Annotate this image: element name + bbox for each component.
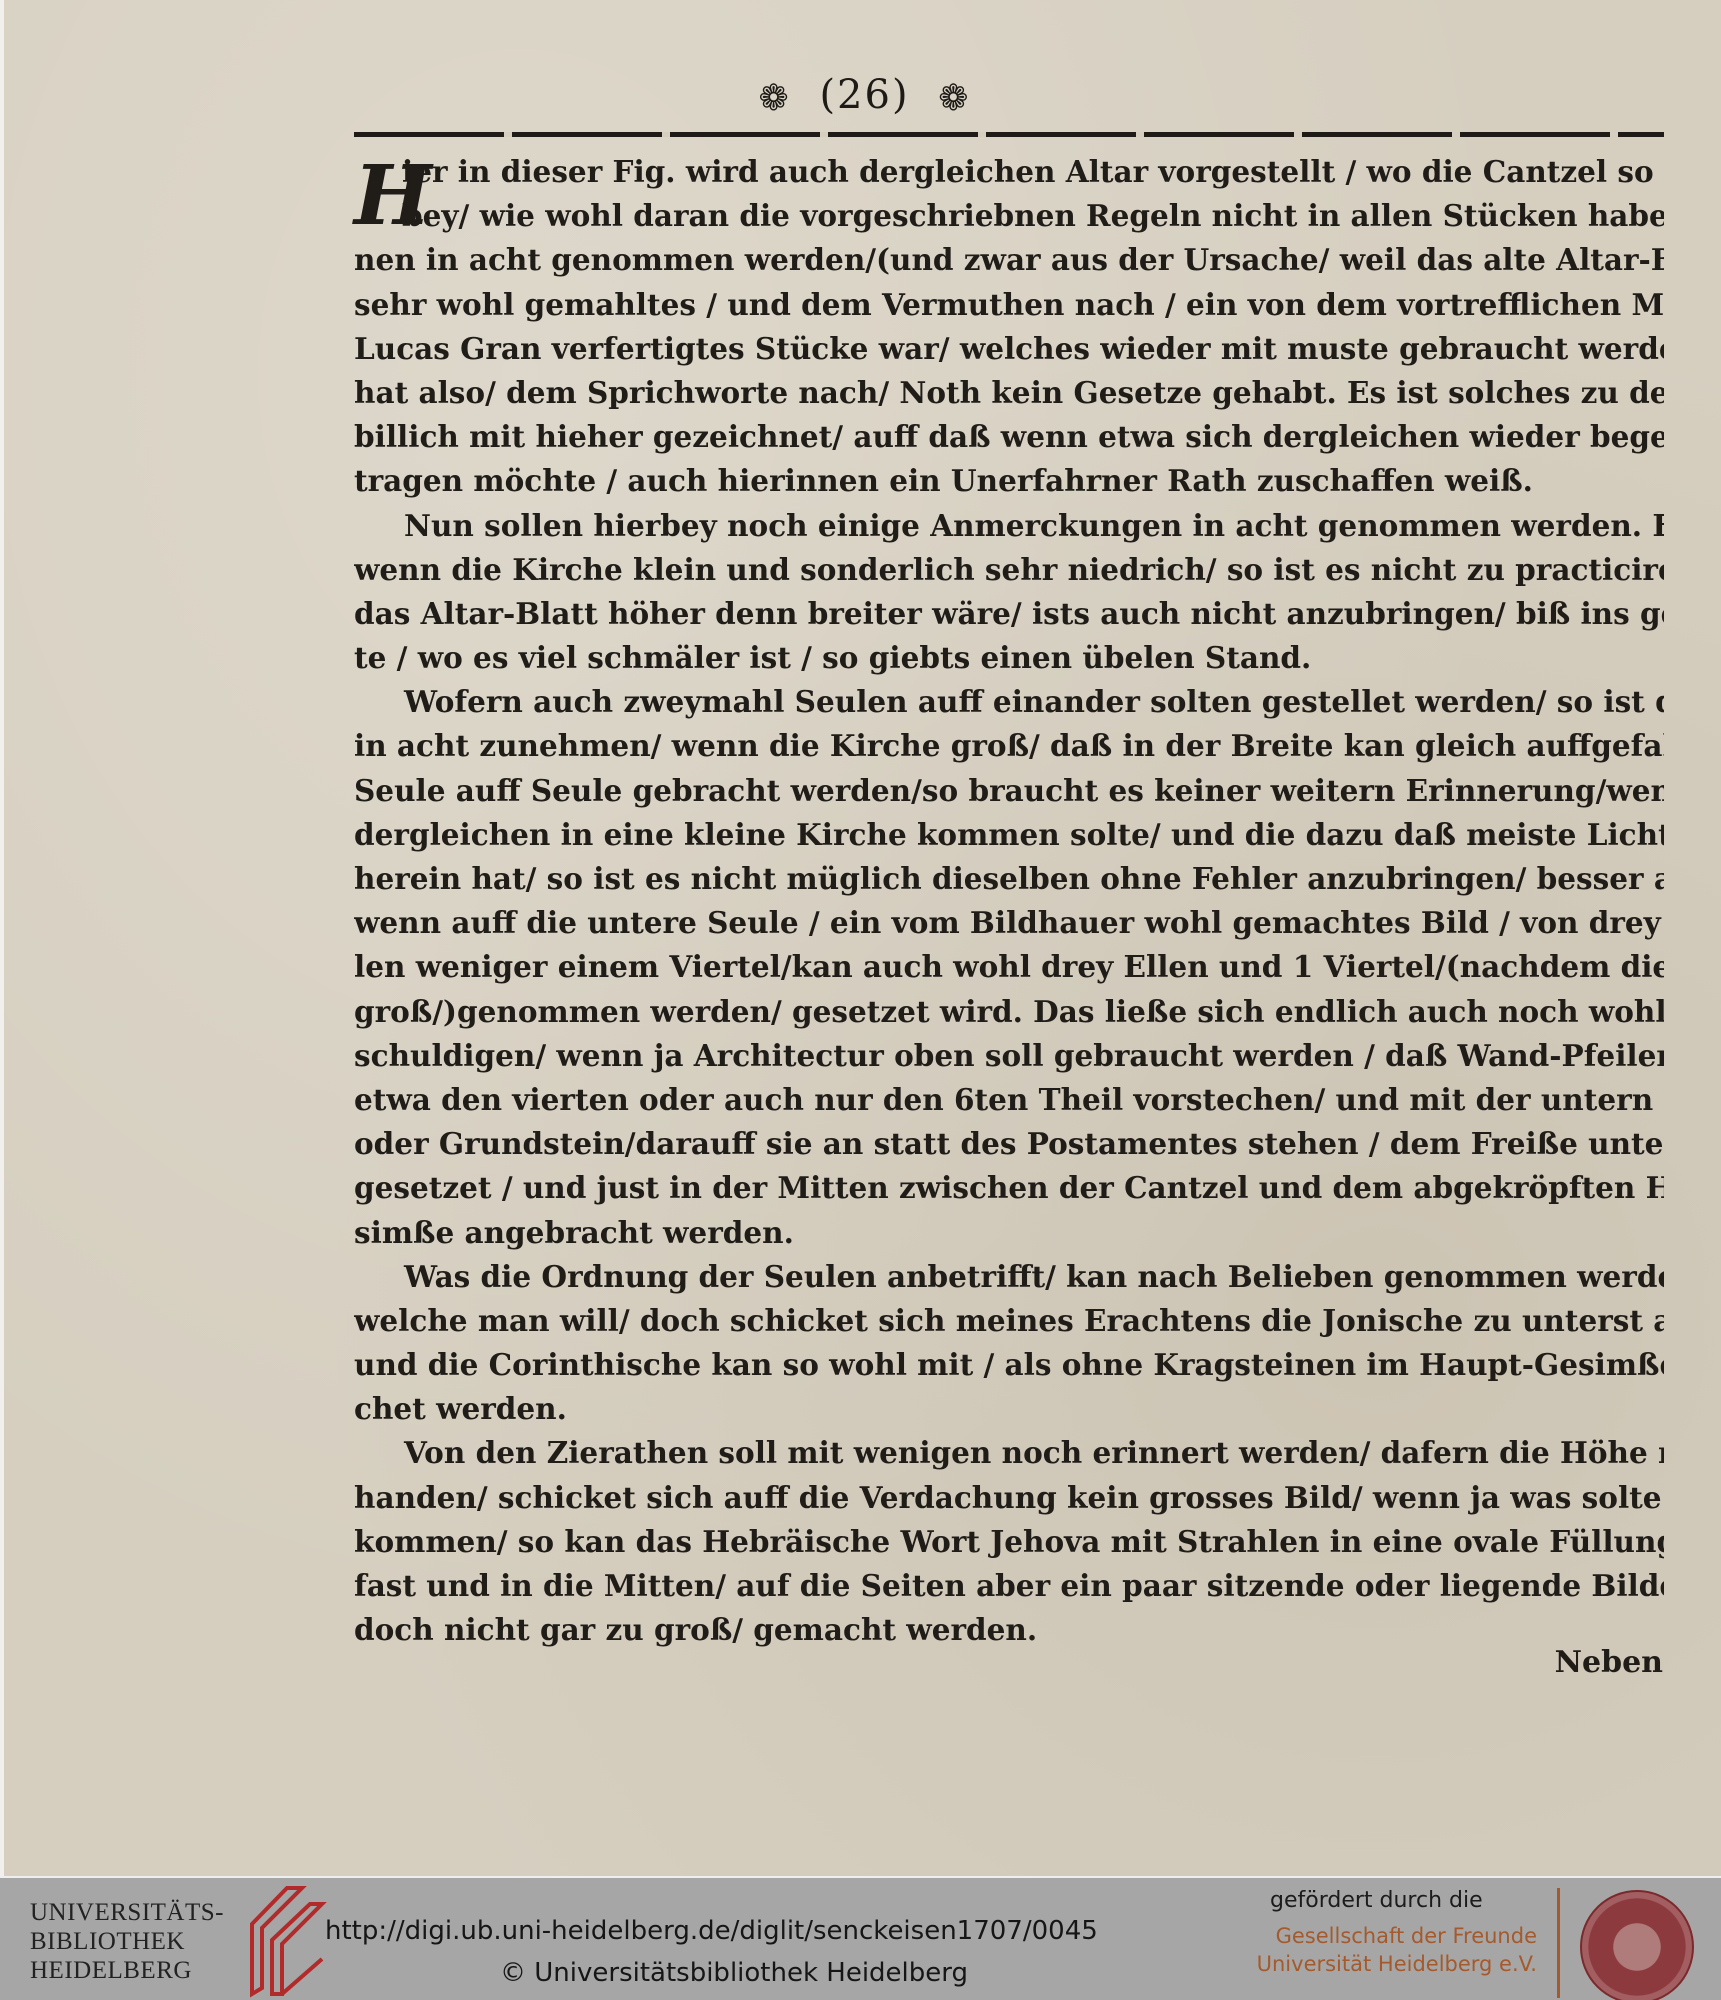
text-line: simße angebracht werden. [354, 1211, 1664, 1255]
text-line: len weniger einem Viertel/kan auch wohl … [354, 945, 1664, 989]
text-line: nen in acht genommen werden/(und zwar au… [354, 238, 1664, 282]
text-line: ier in dieser Fig. wird auch dergleichen… [354, 150, 1664, 194]
text-line: hat also/ dem Sprichworte nach/ Noth kei… [354, 371, 1664, 415]
text-line: oder Grundstein/darauff sie an statt des… [354, 1122, 1664, 1166]
university-seal-icon [1580, 1890, 1694, 2000]
sponsor-name-line: Universität Heidelberg e.V. [1257, 1950, 1537, 1978]
ornament-right-icon: ❁ [938, 78, 970, 119]
running-head: ❁ (26) ❁ [4, 72, 1721, 119]
text-line: chet werden. [354, 1387, 1664, 1431]
text-line: herein hat/ so ist es nicht müglich dies… [354, 857, 1664, 901]
text-line: Seule auff Seule gebracht werden/so brau… [354, 769, 1664, 813]
body-text: H ier in dieser Fig. wird auch dergleich… [354, 150, 1664, 1652]
library-name-line: HEIDELBERG [30, 1956, 224, 1985]
text-line: in acht zunehmen/ wenn die Kirche groß/ … [354, 724, 1664, 768]
text-line: schuldigen/ wenn ja Architectur oben sol… [354, 1034, 1664, 1078]
copyright-notice: © Universitätsbibliothek Heidelberg [500, 1958, 968, 1988]
footer-banner: UNIVERSITÄTS- BIBLIOTHEK HEIDELBERG http… [0, 1876, 1721, 2000]
text-line: te / wo es viel schmäler ist / so giebts… [354, 636, 1664, 680]
text-line: groß/)genommen werden/ gesetzet wird. Da… [354, 990, 1664, 1034]
text-line: welche man will/ doch schicket sich mein… [354, 1299, 1664, 1343]
text-line: handen/ schicket sich auff die Verdachun… [354, 1476, 1664, 1520]
text-line: billich mit hieher gezeichnet/ auff daß … [354, 415, 1664, 459]
sponsor-name: Gesellschaft der Freunde Universität Hei… [1257, 1922, 1537, 1978]
text-line: bey/ wie wohl daran die vorgeschriebnen … [354, 194, 1664, 238]
text-line: wenn auff die untere Seule / ein vom Bil… [354, 901, 1664, 945]
text-line: tragen möchte / auch hierinnen ein Unerf… [354, 459, 1664, 503]
text-line: Wofern auch zweymahl Seulen auff einande… [354, 680, 1664, 724]
footer-divider [1557, 1888, 1560, 1998]
permalink-url[interactable]: http://digi.ub.uni-heidelberg.de/diglit/… [325, 1916, 1098, 1946]
text-line: kommen/ so kan das Hebräische Wort Jehov… [354, 1520, 1664, 1564]
text-line: und die Corinthische kan so wohl mit / a… [354, 1343, 1664, 1387]
library-logo-icon [232, 1884, 327, 1999]
drop-cap: H [354, 156, 431, 236]
ornament-left-icon: ❁ [759, 78, 791, 119]
header-rule [354, 132, 1664, 137]
library-name: UNIVERSITÄTS- BIBLIOTHEK HEIDELBERG [30, 1898, 224, 1985]
text-line: sehr wohl gemahltes / und dem Vermuthen … [354, 283, 1664, 327]
library-name-line: UNIVERSITÄTS- [30, 1898, 224, 1927]
text-line: gesetzet / und just in der Mitten zwisch… [354, 1166, 1664, 1210]
text-line: das Altar-Blatt höher denn breiter wäre/… [354, 592, 1664, 636]
text-line: fast und in die Mitten/ auf die Seiten a… [354, 1564, 1664, 1608]
text-line: Was die Ordnung der Seulen anbetrifft/ k… [354, 1255, 1664, 1299]
catchword: Neben [1555, 1645, 1663, 1680]
sponsor-lead: gefördert durch die [1270, 1888, 1483, 1913]
library-name-line: BIBLIOTHEK [30, 1927, 224, 1956]
text-line: doch nicht gar zu groß/ gemacht werden. [354, 1608, 1664, 1652]
scanned-page: ❁ (26) ❁ H ier in dieser Fig. wird auch … [0, 0, 1721, 1876]
text-line: Lucas Gran verfertigtes Stücke war/ welc… [354, 327, 1664, 371]
page-number: (26) [819, 72, 909, 118]
text-line: dergleichen in eine kleine Kirche kommen… [354, 813, 1664, 857]
sponsor-name-line: Gesellschaft der Freunde [1257, 1922, 1537, 1950]
text-line: wenn die Kirche klein und sonderlich seh… [354, 548, 1664, 592]
text-line: Von den Zierathen soll mit wenigen noch … [354, 1431, 1664, 1475]
text-line: etwa den vierten oder auch nur den 6ten … [354, 1078, 1664, 1122]
text-line: Nun sollen hierbey noch einige Anmerckun… [354, 504, 1664, 548]
